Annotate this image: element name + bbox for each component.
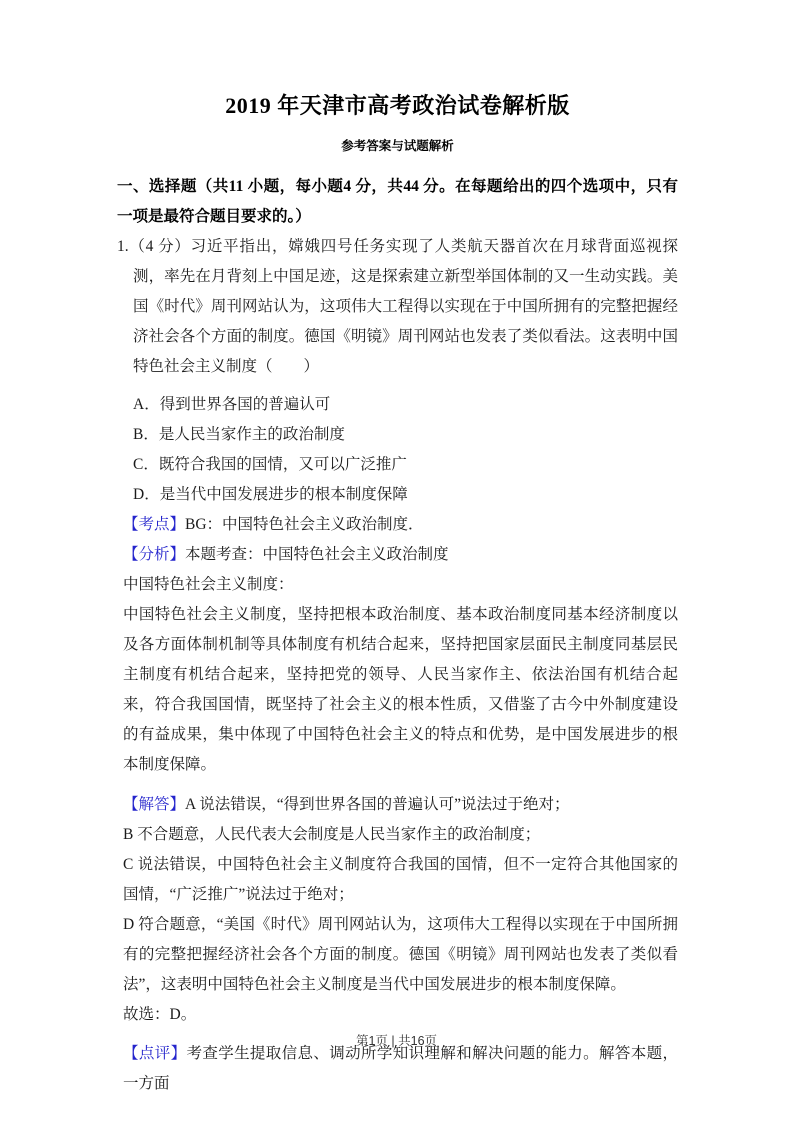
option-b-text: 是人民当家作主的政治制度 [159,426,345,443]
comment-text: 考查学生提取信息、调动所学知识理解和解决问题的能力。解答本题，一方面 [123,1045,678,1092]
solution-d-text: D 符合题意，“美国《时代》周刊网站认为，这项伟大工程得以实现在于中国所拥有的完… [123,916,678,993]
paragraph-solution-b: B 不合题意，人民代表大会制度是人民当家作主的政治制度； [117,820,678,850]
section-heading: 一、选择题（共11 小题，每小题4 分，共44 分。在每题给出的四个选项中，只有… [117,172,678,232]
question-stem-text: （4 分）习近平指出，嫦娥四号任务实现了人类航天器首次在月球背面巡视探测，率先在… [129,238,678,375]
paragraph-solution-d: D 符合题意，“美国《时代》周刊网站认为，这项伟大工程得以实现在于中国所拥有的完… [117,910,678,1000]
analysis-text: 本题考查：中国特色社会主义政治制度 [185,546,449,563]
option-c: C．既符合我国的国情，又可以广泛推广 [117,450,678,480]
option-b: B．是人民当家作主的政治制度 [117,420,678,450]
option-a: A．得到世界各国的普遍认可 [117,390,678,420]
paragraph-keypoint: 【考点】BG：中国特色社会主义政治制度． [117,510,678,540]
paragraph-solution-c: C 说法错误，中国特色社会主义制度符合我国的国情，但不一定符合其他国家的国情，“… [117,850,678,910]
question-number: 1. [117,238,129,255]
option-d: D．是当代中国发展进步的根本制度保障 [117,480,678,510]
option-c-text: 既符合我国的国情，又可以广泛推广 [159,456,407,473]
option-c-label: C． [133,456,159,473]
paragraph-body-2-text: 中国特色社会主义制度，坚持把根本政治制度、基本政治制度同基本经济制度以及各方面体… [123,606,678,773]
paragraph-body-1: 中国特色社会主义制度： [117,570,678,600]
page-subtitle: 参考答案与试题解析 [117,136,678,156]
answer-text: 故选：D。 [123,1006,196,1023]
solution-c-text: C 说法错误，中国特色社会主义制度符合我国的国情，但不一定符合其他国家的国情，“… [123,856,678,903]
document-page: 2019 年天津市高考政治试卷解析版 参考答案与试题解析 一、选择题（共11 小… [0,0,793,1122]
footer-page-indicator: 第1页 | 共16页 [356,1034,437,1048]
option-a-label: A． [133,396,160,413]
paragraph-body-1-text: 中国特色社会主义制度： [123,576,294,593]
document-content: 2019 年天津市高考政治试卷解析版 参考答案与试题解析 一、选择题（共11 小… [0,0,793,1099]
analysis-block: 【考点】BG：中国特色社会主义政治制度． 【分析】本题考查：中国特色社会主义政治… [117,510,678,1099]
paragraph-answer: 故选：D。 [117,1000,678,1030]
paragraph-analysis: 【分析】本题考查：中国特色社会主义政治制度 [117,540,678,570]
keypoint-text: BG：中国特色社会主义政治制度． [185,516,424,533]
analysis-bracket-label: 【分析】 [123,546,185,563]
solution-bracket-label: 【解答】 [123,796,185,813]
keypoint-bracket-label: 【考点】 [123,516,185,533]
page-footer: 第1页 | 共16页 [0,1031,793,1051]
option-d-label: D． [133,486,160,503]
options-list: A．得到世界各国的普遍认可 B．是人民当家作主的政治制度 C．既符合我国的国情，… [117,390,678,510]
paragraph-solution-a: 【解答】A 说法错误，“得到世界各国的普遍认可”说法过于绝对； [117,790,678,820]
solution-a-text: A 说法错误，“得到世界各国的普遍认可”说法过于绝对； [185,796,569,813]
option-d-text: 是当代中国发展进步的根本制度保障 [160,486,408,503]
paragraph-body-2: 中国特色社会主义制度，坚持把根本政治制度、基本政治制度同基本经济制度以及各方面体… [117,600,678,780]
question-stem: 1.（4 分）习近平指出，嫦娥四号任务实现了人类航天器首次在月球背面巡视探测，率… [117,232,678,382]
page-title: 2019 年天津市高考政治试卷解析版 [117,90,678,122]
solution-b-text: B 不合题意，人民代表大会制度是人民当家作主的政治制度； [123,826,540,843]
option-b-label: B． [133,426,159,443]
option-a-text: 得到世界各国的普遍认可 [160,396,331,413]
